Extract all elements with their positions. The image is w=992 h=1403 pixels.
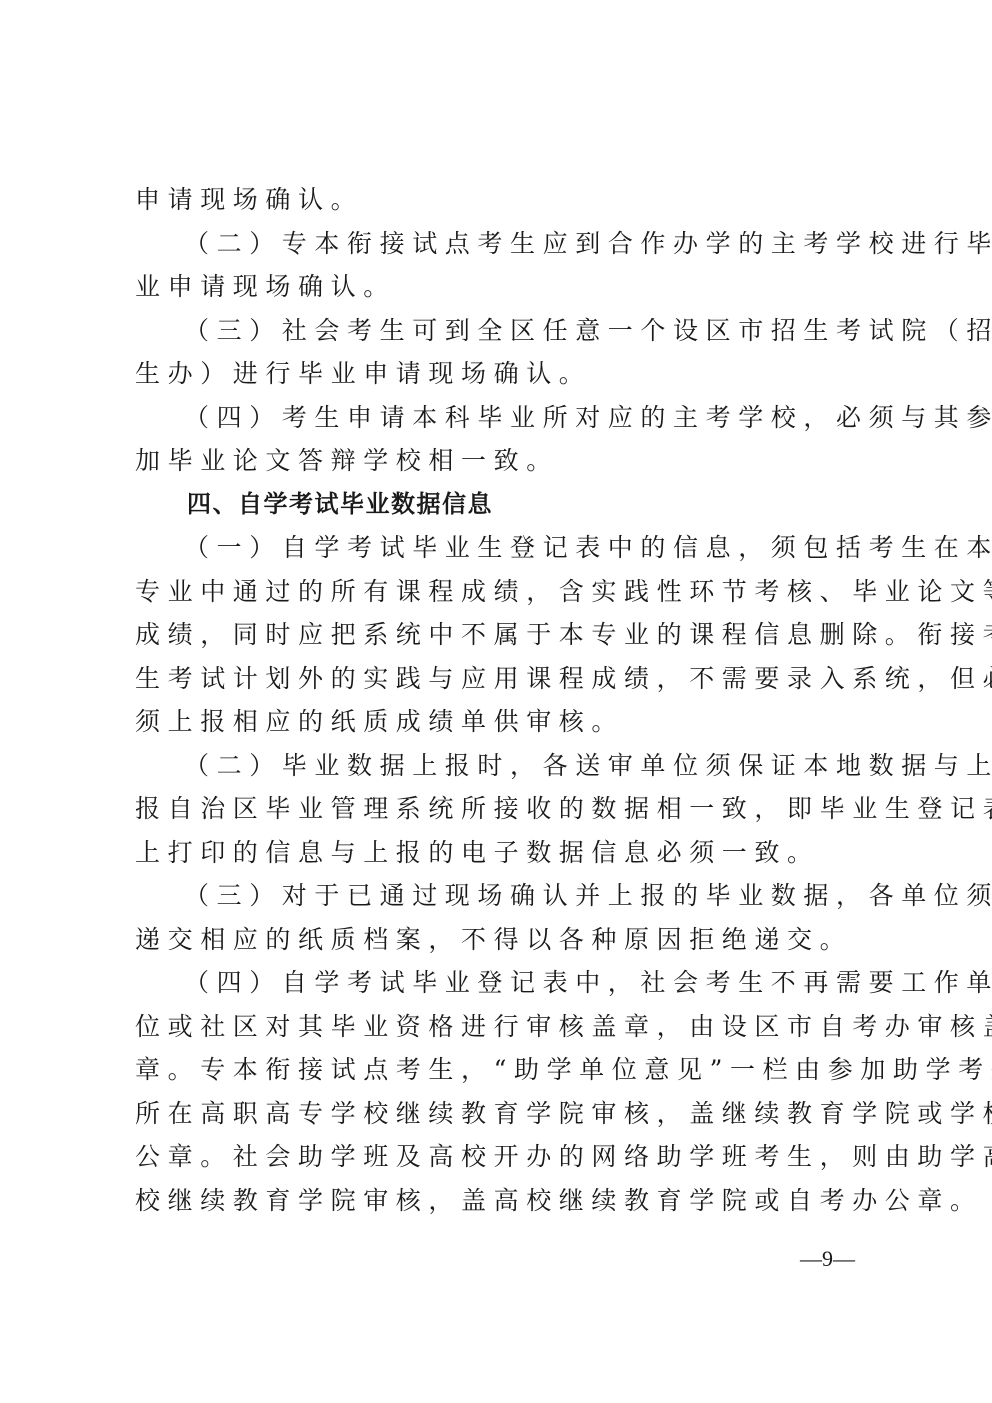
paragraph-line: （四）考生申请本科毕业所对应的主考学校，必须与其参	[184, 396, 992, 439]
paragraph-line: 章。专本衔接试点考生，“助学单位意见”一栏由参加助学考生	[135, 1048, 992, 1091]
paragraph-line: 递交相应的纸质档案，不得以各种原因拒绝递交。	[135, 918, 852, 961]
paragraph-line: （二）毕业数据上报时，各送审单位须保证本地数据与上	[184, 744, 992, 787]
paragraph-line: 业申请现场确认。	[135, 265, 396, 308]
paragraph-line: （三）社会考生可到全区任意一个设区市招生考试院（招	[184, 309, 992, 352]
document-page: 申请现场确认。 （二）专本衔接试点考生应到合作办学的主考学校进行毕 业申请现场确…	[0, 0, 992, 1403]
paragraph-line: 须上报相应的纸质成绩单供审核。	[135, 700, 624, 743]
paragraph-line: （一）自学考试毕业生登记表中的信息，须包括考生在本	[184, 526, 992, 569]
paragraph-line: （三）对于已通过现场确认并上报的毕业数据，各单位须	[184, 874, 992, 917]
paragraph-line: 生办）进行毕业申请现场确认。	[135, 352, 591, 395]
section-heading: 四、自学考试毕业数据信息	[187, 483, 493, 526]
page-number: —9—	[800, 1244, 855, 1274]
paragraph-line: 所在高职高专学校继续教育学院审核，盖继续教育学院或学校	[135, 1092, 992, 1135]
paragraph-line: 上打印的信息与上报的电子数据信息必须一致。	[135, 831, 820, 874]
paragraph-line: 校继续教育学院审核，盖高校继续教育学院或自考办公章。	[135, 1179, 983, 1222]
paragraph-line: （四）自学考试毕业登记表中，社会考生不再需要工作单	[184, 961, 992, 1004]
paragraph-line: 加毕业论文答辩学校相一致。	[135, 439, 559, 482]
paragraph-line: 位或社区对其毕业资格进行审核盖章，由设区市自考办审核盖	[135, 1005, 992, 1048]
paragraph-line: 申请现场确认。	[135, 178, 363, 221]
paragraph-line: 生考试计划外的实践与应用课程成绩，不需要录入系统，但必	[135, 657, 992, 700]
paragraph-line: 专业中通过的所有课程成绩，含实践性环节考核、毕业论文等	[135, 570, 992, 613]
paragraph-line: 报自治区毕业管理系统所接收的数据相一致，即毕业生登记表	[135, 787, 992, 830]
paragraph-line: 成绩，同时应把系统中不属于本专业的课程信息删除。衔接考	[135, 613, 992, 656]
paragraph-line: 公章。社会助学班及高校开办的网络助学班考生，则由助学高	[135, 1135, 992, 1178]
paragraph-line: （二）专本衔接试点考生应到合作办学的主考学校进行毕	[184, 222, 992, 265]
